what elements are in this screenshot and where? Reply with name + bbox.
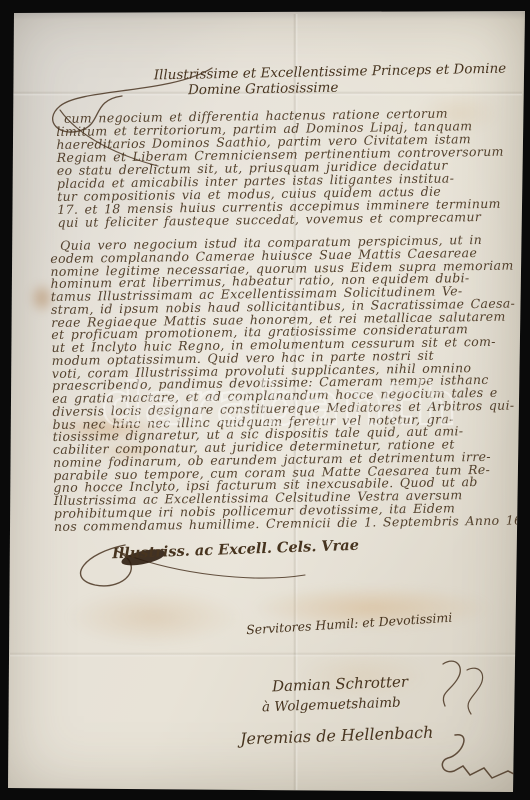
- manuscript-paper: Illustrissime et Excellentissime Princep…: [0, 0, 530, 800]
- body-paragraph-1: cum negocium et differentia hactenus rat…: [56, 106, 505, 229]
- photo-frame: Illustrissime et Excellentissime Princep…: [0, 0, 530, 800]
- body-paragraph-2: Quia vero negocium istud ita comparatum …: [50, 233, 530, 533]
- salutation-line-2: Domine Gratiosissime: [188, 80, 339, 99]
